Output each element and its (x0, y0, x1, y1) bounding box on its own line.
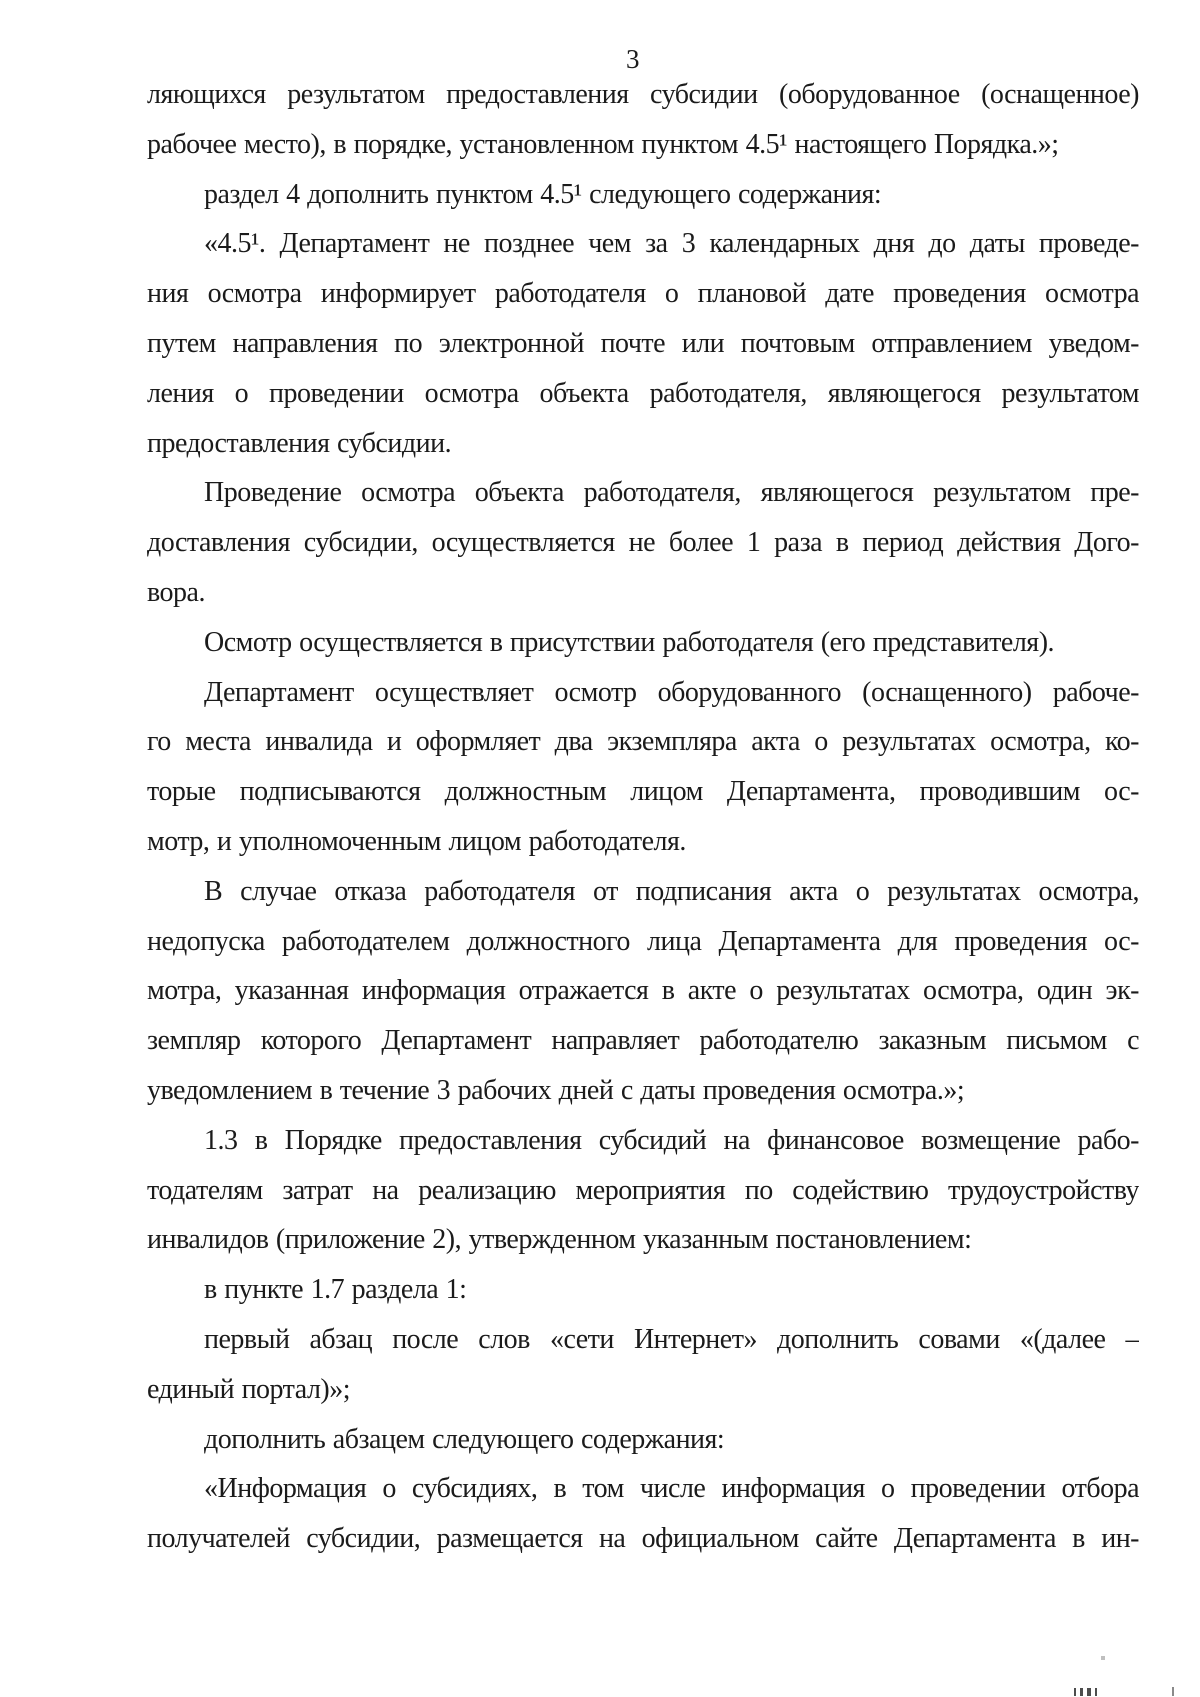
text-line: предоставления субсидии. (147, 419, 1139, 469)
text-line: тодателям затрат на реализацию мероприят… (147, 1166, 1139, 1216)
text-line: первый абзац после слов «сети Интернет» … (147, 1315, 1139, 1365)
text-line: доставления субсидии, осуществляется не … (147, 518, 1139, 568)
text-line: ления о проведении осмотра объекта работ… (147, 369, 1139, 419)
text-line: «Информация о субсидиях, в том числе инф… (147, 1464, 1139, 1514)
text-line: дополнить абзацем следующего содержания: (147, 1415, 1139, 1465)
document-page: 3 ляющихся результатом предоставления су… (0, 0, 1200, 1697)
scan-artifact (1074, 1688, 1076, 1696)
text-line: земпляр которого Департамент направляет … (147, 1016, 1139, 1066)
text-line: 1.3 в Порядке предоставления субсидий на… (147, 1116, 1139, 1166)
text-line: рабочее место), в порядке, установленном… (147, 120, 1139, 170)
text-line: «4.5¹. Департамент не позднее чем за 3 к… (147, 219, 1139, 269)
text-line: ляющихся результатом предоставления субс… (147, 70, 1139, 120)
scan-artifact (1172, 1687, 1174, 1696)
text-line: единый портал)»; (147, 1365, 1139, 1415)
scan-artifact (1101, 1656, 1105, 1660)
text-line: Департамент осуществляет осмотр оборудов… (147, 668, 1139, 718)
text-line: го места инвалида и оформляет два экземп… (147, 717, 1139, 767)
text-line: раздел 4 дополнить пунктом 4.5¹ следующе… (147, 170, 1139, 220)
text-line: Осмотр осуществляется в присутствии рабо… (147, 618, 1139, 668)
text-line: ния осмотра информирует работодателя о п… (147, 269, 1139, 319)
document-text-block: ляющихся результатом предоставления субс… (147, 70, 1139, 1564)
text-line: мотра, указанная информация отражается в… (147, 966, 1139, 1016)
scan-artifact (1080, 1688, 1083, 1696)
text-line: недопуска работодателем должностного лиц… (147, 917, 1139, 967)
text-line: получателей субсидии, размещается на офи… (147, 1514, 1139, 1564)
text-line: Проведение осмотра объекта работодателя,… (147, 468, 1139, 518)
text-line: в пункте 1.7 раздела 1: (147, 1265, 1139, 1315)
scan-artifact (1087, 1688, 1091, 1696)
text-line: вора. (147, 568, 1139, 618)
text-line: мотр, и уполномоченным лицом работодател… (147, 817, 1139, 867)
scan-artifact (1095, 1688, 1097, 1696)
text-line: путем направления по электронной почте и… (147, 319, 1139, 369)
text-line: инвалидов (приложение 2), утвержденном у… (147, 1215, 1139, 1265)
text-line: уведомлением в течение 3 рабочих дней с … (147, 1066, 1139, 1116)
text-line: В случае отказа работодателя от подписан… (147, 867, 1139, 917)
text-line: торые подписываются должностным лицом Де… (147, 767, 1139, 817)
